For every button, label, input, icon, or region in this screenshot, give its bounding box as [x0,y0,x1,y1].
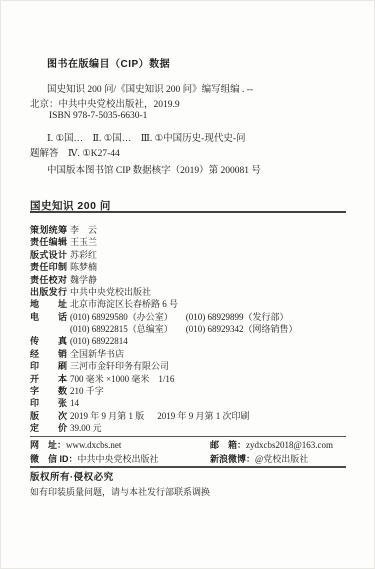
info-row-edition: 版次2019 年 9 月第 1 版2019 年 9 月第 1 次印刷 [30,410,360,422]
info-row-proofreader: 责任校对魏学静 [30,274,360,286]
cip-line: 国史知识 200 问/《国史知识 200 问》编写组编 . -- [47,81,253,95]
info-label: 地址 [30,298,67,310]
info-row-format: 开本700 毫米 ×1000 毫米 1/16 [30,373,360,385]
info-row-phone-1: 电话(010) 68929580（办公室）(010) 68929899（发行部） [30,311,360,323]
cip-isbn-line: ISBN 978-7-5035-6630-1 [49,111,147,121]
copyright-page: 图书在版编目（CIP）数据 国史知识 200 问/《国史知识 200 问》编写组… [0,0,375,569]
info-value: 2019 年 9 月第 1 版 [70,411,144,421]
info-label: 传真 [30,335,67,347]
info-value: 39.00 元 [70,423,102,433]
contact-divider-top [30,436,346,437]
info-label: 字数 [30,385,67,397]
info-label: 开本 [30,373,67,385]
info-row-word-count: 字数210 千字 [30,385,360,397]
contact-row-wechat-weibo: 微 信 ID：中共中央党校出版社 新浪微博：@党校出版社 [30,453,360,467]
email-label: 邮 箱： [210,440,246,450]
info-value: 李 云 [70,225,97,235]
info-row-fax: 传真(010) 68922814 [30,335,360,347]
info-value: 北京市海淀区长春桥路 6 号 [70,299,178,309]
info-value-2: 2019 年 9 月第 1 次印刷 [157,411,249,421]
website-value: www.dxcbs.net [66,440,121,450]
info-value: (010) 68922814 [70,336,128,346]
weibo-value: @党校出版社 [255,454,308,464]
info-row-address: 地址北京市海淀区长春桥路 6 号 [30,298,360,310]
cip-classification-line: 题解答 Ⅳ. ①K27-44 [30,145,120,159]
info-value-2: (010) 68929899（发行部） [186,312,289,322]
info-row-layout-design: 版式设计苏彩红 [30,249,360,261]
info-label: 责任校对 [30,274,67,286]
wechat-label: 微 信 ID： [30,454,78,464]
copyright-notice: 版权所有·侵权必究 [30,469,114,483]
info-value: 700 毫米 ×1000 毫米 1/16 [70,374,174,384]
info-label: 策划统筹 [30,224,67,236]
info-label: 印张 [30,397,67,409]
info-value: 14 [70,398,79,408]
publication-info-table: 策划统筹李 云 责任编辑王玉兰 版式设计苏彩红 责任印制陈梦楠 责任校对魏学静 … [30,224,360,434]
info-row-printing: 印刷三河市金轩印务有限公司 [30,360,360,372]
contact-row-web-email: 网 址：www.dxcbs.net 邮 箱：zydxcbs2018@163.co… [30,439,360,453]
info-label: 责任印制 [30,261,67,273]
exchange-note: 如有印装质量问题，请与本社发行部联系调换 [30,485,210,498]
title-divider [30,211,346,213]
info-value: (010) 68922815（总编室） [70,324,173,334]
email-value: zydxcbs2018@163.com [246,440,333,450]
info-value: 210 千字 [70,386,104,396]
info-value: 陈梦楠 [70,262,97,272]
info-row-phone-2: (010) 68922815（总编室）(010) 68929342（网络销售） [30,323,360,335]
info-row-distribution: 经销全国新华书店 [30,348,360,360]
info-row-print-supervisor: 责任印制陈梦楠 [30,261,360,273]
info-label: 定价 [30,422,67,434]
info-row-editor: 责任编辑王玉兰 [30,236,360,248]
info-value: 王玉兰 [70,237,97,247]
contact-divider-bottom [30,466,346,468]
info-value-2: (010) 68929342（网络销售） [186,324,298,334]
info-label: 经销 [30,348,67,360]
cip-heading: 图书在版编目（CIP）数据 [47,55,170,70]
info-row-planning: 策划统筹李 云 [30,224,360,236]
cip-classification-line: Ⅰ. ①国… Ⅱ. ①国… Ⅲ. ①中国历史-现代史-问 [47,130,246,144]
info-label: 版次 [30,410,67,422]
info-value: 中共中央党校出版社 [70,287,151,297]
info-value: 全国新华书店 [70,349,124,359]
info-value: (010) 68929580（办公室） [70,312,173,322]
info-label: 电话 [30,311,67,323]
cip-line: 北京：中共中央党校出版社，2019.9 [30,96,180,110]
info-value: 魏学静 [70,275,97,285]
contact-block: 网 址：www.dxcbs.net 邮 箱：zydxcbs2018@163.co… [30,439,360,466]
info-label: 责任编辑 [30,236,67,248]
info-row-price: 定价39.00 元 [30,422,360,434]
info-row-sheets: 印张14 [30,397,360,409]
website-label: 网 址： [30,440,66,450]
cip-record-number-line: 中国版本图书馆 CIP 数据核字（2019）第 200081 号 [47,162,261,176]
info-value: 苏彩红 [70,250,97,260]
wechat-value: 中共中央党校出版社 [78,454,159,464]
info-value: 三河市金轩印务有限公司 [70,361,169,371]
info-label: 版式设计 [30,249,67,261]
weibo-label: 新浪微博： [210,454,255,464]
info-label: 印刷 [30,360,67,372]
info-row-publisher: 出版发行中共中央党校出版社 [30,286,360,298]
info-label: 出版发行 [30,286,67,298]
